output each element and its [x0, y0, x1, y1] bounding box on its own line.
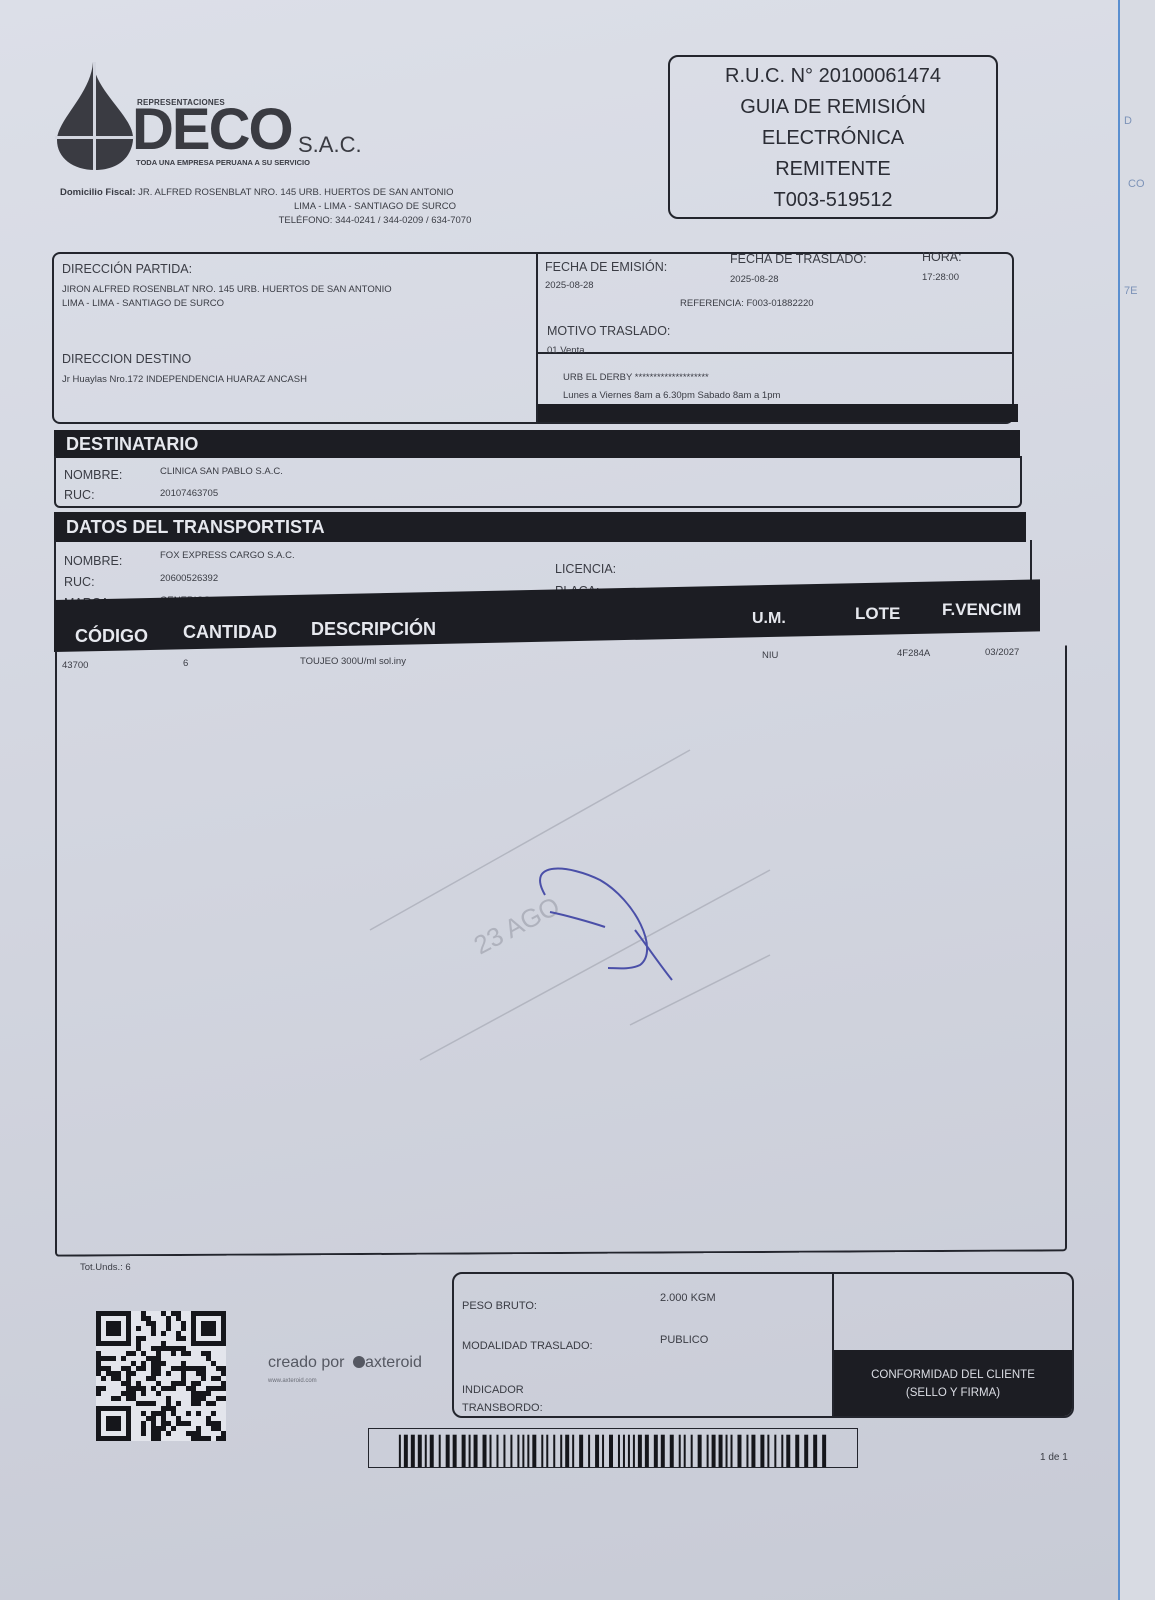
- conformidad-line2: (SELLO Y FIRMA): [834, 1384, 1072, 1402]
- destino-label: DIRECCION DESTINO: [62, 352, 191, 366]
- partida-line1: JIRON ALFRED ROSENBLAT NRO. 145 URB. HUE…: [62, 284, 392, 295]
- doc-title-line2: ELECTRÓNICA: [670, 123, 996, 154]
- dark-band: [538, 404, 1018, 422]
- doc-title-line1: GUIA DE REMISIÓN: [670, 92, 996, 123]
- modalidad-label: MODALIDAD TRASLADO:: [462, 1340, 593, 1352]
- transportista-header: DATOS DEL TRANSPORTISTA: [54, 512, 1026, 542]
- destinatario-ruc: 20107463705: [160, 488, 218, 499]
- destinatario-box: [54, 456, 1022, 508]
- col-header-um: U.M.: [752, 610, 786, 628]
- ruc-number: R.U.C. N° 20100061474: [670, 61, 996, 92]
- col-header-descripcion: DESCRIPCIÓN: [311, 619, 436, 640]
- logo-tagline: TODA UNA EMPRESA PERUANA A SU SERVICIO: [136, 158, 310, 167]
- side-mark: D: [1124, 115, 1132, 127]
- shipment-info-box: [52, 252, 1014, 424]
- qr-code: [96, 1310, 226, 1442]
- licencia-label: LICENCIA:: [555, 562, 616, 576]
- divider: [536, 254, 538, 422]
- col-header-cantidad: CANTIDAD: [183, 622, 277, 643]
- side-mark: 7E: [1124, 285, 1137, 297]
- cell-cantidad: 6: [183, 658, 188, 669]
- total-units: Tot.Unds.: 6: [80, 1262, 131, 1273]
- logo-suffix: S.A.C.: [298, 132, 362, 158]
- fiscal-label: Domicilio Fiscal:: [60, 187, 136, 198]
- motivo-value: 01 Venta: [547, 345, 585, 356]
- destinatario-nombre-label: NOMBRE:: [64, 468, 122, 482]
- emision-value: 2025-08-28: [545, 280, 594, 291]
- peso-label: PESO BRUTO:: [462, 1300, 537, 1312]
- indicador-label-2: TRANSBORDO:: [462, 1402, 543, 1414]
- document-number: T003-519512: [670, 185, 996, 216]
- destinatario-ruc-label: RUC:: [64, 488, 95, 502]
- cell-um: NIU: [762, 650, 778, 661]
- peso-value: 2.000 KGM: [660, 1292, 716, 1304]
- adjacent-sheet-edge: D CO 7E: [1118, 0, 1155, 1600]
- fiscal-address-block: Domicilio Fiscal: JR. ALFRED ROSENBLAT N…: [60, 186, 620, 228]
- deco-drop-logo-icon: [55, 62, 135, 172]
- destino-value: Jr Huaylas Nro.172 INDEPENDENCIA HUARAZ …: [62, 374, 307, 385]
- partida-line2: LIMA - LIMA - SANTIAGO DE SURCO: [62, 298, 224, 309]
- referencia: REFERENCIA: F003-01882220: [680, 298, 814, 309]
- created-by: creado por axteroid: [268, 1354, 422, 1372]
- partida-label: DIRECCIÓN PARTIDA:: [62, 262, 192, 276]
- company-phone: TELÉFONO: 344-0241 / 344-0209 / 634-7070: [60, 214, 620, 228]
- cell-vencimiento: 03/2027: [985, 647, 1019, 658]
- brand-url: www.axteroid.com: [268, 1378, 317, 1384]
- fiscal-address: JR. ALFRED ROSENBLAT NRO. 145 URB. HUERT…: [138, 187, 453, 198]
- conformidad-text: CONFORMIDAD DEL CLIENTE (SELLO Y FIRMA): [834, 1366, 1072, 1402]
- traslado-value: 2025-08-28: [730, 274, 779, 285]
- motivo-label: MOTIVO TRASLADO:: [547, 324, 670, 338]
- brand-name: axteroid: [365, 1354, 422, 1371]
- axteroid-logo-icon: [353, 1356, 365, 1368]
- document-id-box: R.U.C. N° 20100061474 GUIA DE REMISIÓN E…: [668, 55, 998, 219]
- col-header-lote: LOTE: [855, 604, 900, 624]
- fiscal-city: LIMA - LIMA - SANTIAGO DE SURCO: [60, 200, 620, 214]
- destinatario-header: DESTINATARIO: [54, 430, 1020, 458]
- emision-label: FECHA DE EMISIÓN:: [545, 260, 667, 274]
- logo-company-name: DECO: [132, 100, 292, 160]
- transportista-ruc-label: RUC:: [64, 575, 95, 589]
- doc-title-line3: REMITENTE: [670, 154, 996, 185]
- side-mark: CO: [1128, 178, 1145, 190]
- delivery-note-line1: URB EL DERBY ********************: [563, 372, 709, 383]
- transportista-nombre: FOX EXPRESS CARGO S.A.C.: [160, 550, 295, 561]
- hora-value: 17:28:00: [922, 272, 959, 283]
- cell-codigo: 43700: [62, 660, 88, 671]
- modalidad-value: PUBLICO: [660, 1334, 708, 1346]
- col-header-vencimiento: F.VENCIM: [942, 600, 1021, 620]
- hora-label: HORA:: [922, 250, 962, 264]
- delivery-note-line2: Lunes a Viernes 8am a 6.30pm Sabado 8am …: [563, 390, 780, 401]
- col-header-codigo: CÓDIGO: [75, 626, 148, 647]
- items-table-body: [55, 645, 1067, 1256]
- conformidad-line1: CONFORMIDAD DEL CLIENTE: [834, 1366, 1072, 1384]
- divider: [538, 352, 1012, 354]
- transportista-nombre-label: NOMBRE:: [64, 554, 122, 568]
- page-counter: 1 de 1: [1040, 1452, 1068, 1463]
- transportista-ruc: 20600526392: [160, 573, 218, 584]
- cell-lote: 4F284A: [897, 648, 930, 659]
- indicador-label-1: INDICADOR: [462, 1384, 524, 1396]
- destinatario-nombre: CLINICA SAN PABLO S.A.C.: [160, 466, 283, 477]
- traslado-label: FECHA DE TRASLADO:: [730, 252, 867, 266]
- cell-descripcion: TOUJEO 300U/ml sol.iny: [300, 656, 406, 667]
- created-by-label: creado por: [268, 1354, 345, 1371]
- barcode: [368, 1428, 858, 1468]
